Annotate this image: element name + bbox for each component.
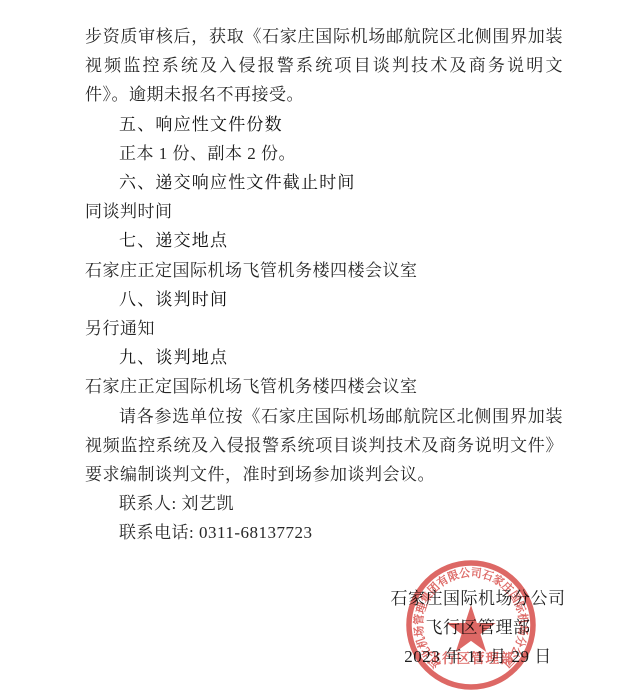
section-9-heading: 九、谈判地点 — [85, 343, 563, 372]
signature-date: 2023 年 11 月 29 日 — [378, 642, 578, 671]
section-8-heading: 八、谈判时间 — [85, 285, 563, 314]
intro-paragraph: 步资质审核后，获取《石家庄国际机场邮航院区北侧围界加装视频监控系统及入侵报警系统… — [85, 22, 563, 110]
section-5-body: 正本 1 份、副本 2 份。 — [85, 139, 563, 168]
section-5-heading: 五、响应性文件份数 — [85, 110, 563, 139]
signature-department: 飞行区管理部 — [378, 613, 578, 642]
contact-phone: 联系电话: 0311-68137723 — [85, 518, 563, 547]
section-7-heading: 七、递交地点 — [85, 226, 563, 255]
section-7-body: 石家庄正定国际机场飞管机务楼四楼会议室 — [85, 256, 563, 285]
closing-paragraph: 请各参选单位按《石家庄国际机场邮航院区北侧围界加装视频监控系统及入侵报警系统项目… — [85, 402, 563, 490]
signature-block: 石家庄国际机场分公司 飞行区管理部 2023 年 11 月 29 日 — [378, 584, 578, 672]
signature-organization: 石家庄国际机场分公司 — [378, 584, 578, 613]
document-page: 步资质审核后，获取《石家庄国际机场邮航院区北侧围界加装视频监控系统及入侵报警系统… — [0, 0, 636, 699]
document-body: 步资质审核后，获取《石家庄国际机场邮航院区北侧围界加装视频监控系统及入侵报警系统… — [85, 22, 563, 548]
section-8-body: 另行通知 — [85, 314, 563, 343]
section-9-body: 石家庄正定国际机场飞管机务楼四楼会议室 — [85, 372, 563, 401]
section-6-heading: 六、递交响应性文件截止时间 — [85, 168, 563, 197]
contact-person: 联系人: 刘艺凯 — [85, 489, 563, 518]
section-6-body: 同谈判时间 — [85, 197, 563, 226]
